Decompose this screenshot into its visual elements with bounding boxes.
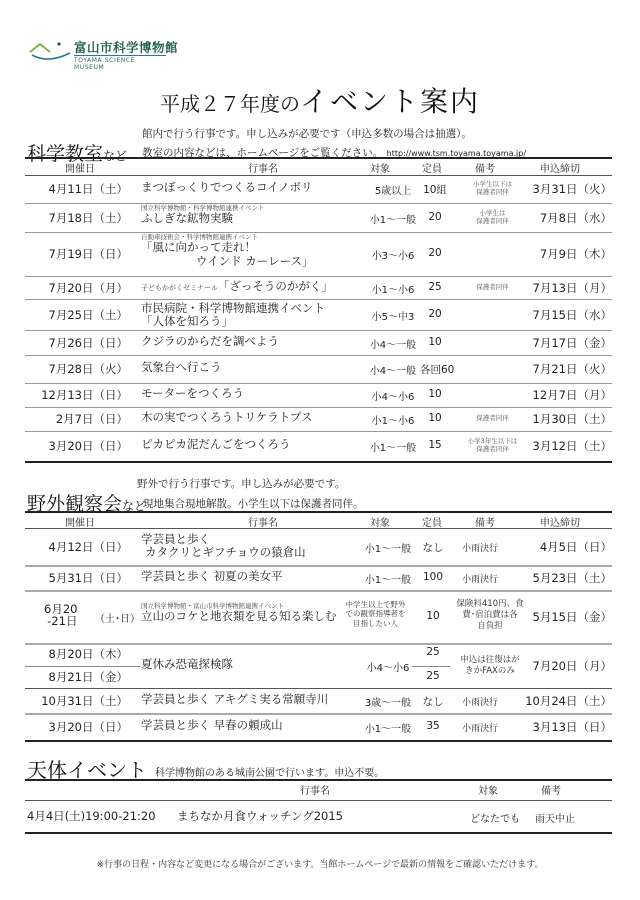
event-deadline: 3月31日（火） bbox=[533, 181, 612, 197]
outdoor-note-2: 現地集合現地解散。小学生以下は保護者同伴。 bbox=[143, 496, 364, 511]
event-deadline: 12月7日（月） bbox=[533, 387, 612, 403]
divider bbox=[25, 832, 612, 834]
event-target: 3歳～一般 bbox=[355, 694, 421, 709]
event-date: 8月20日（木） bbox=[49, 646, 128, 662]
event-capacity: 20 bbox=[420, 211, 450, 223]
divider bbox=[25, 276, 612, 277]
divider bbox=[25, 643, 612, 645]
science-note-1: 館内で行う行事です。申し込みが必要です（申込多数の場合は抽選）。 bbox=[142, 126, 472, 141]
event-target: 小1～一般 bbox=[355, 571, 421, 586]
event-capacity: 10 bbox=[418, 610, 448, 622]
event-deadline: 7月8日（水） bbox=[540, 210, 612, 226]
event-name-block: 学芸員と歩くカタクリとギフチョウの猿倉山 bbox=[141, 533, 306, 561]
event-capacity: なし bbox=[418, 694, 448, 709]
astro-header-remarks: 備考 bbox=[541, 782, 561, 797]
event-remarks: 保護者同伴 bbox=[455, 283, 530, 291]
event-target: 小3～小6 bbox=[363, 247, 423, 262]
event-target: 小4～一般 bbox=[363, 362, 423, 377]
event-name-block: 国立科学博物館・富山市科学博物館連携イベント立山のコケと地衣類を見る知る楽しむ bbox=[141, 603, 337, 624]
mountain-wave-logo-icon bbox=[28, 40, 72, 64]
divider bbox=[25, 461, 612, 463]
event-remarks: 小学生は 保護者同伴 bbox=[455, 209, 530, 225]
divider bbox=[25, 355, 612, 356]
header-capacity: 定員 bbox=[422, 514, 442, 529]
event-name-block: クジラのからだを調べよう bbox=[141, 335, 279, 349]
event-capacity: 15 bbox=[420, 439, 450, 451]
astro-row-target: どなたでも bbox=[470, 810, 520, 825]
divider bbox=[25, 779, 612, 781]
divider bbox=[25, 232, 612, 233]
title-prefix: 平成２７年度の bbox=[160, 92, 300, 116]
event-capacity: 各回60 bbox=[420, 362, 450, 377]
page-title: 平成２７年度のイベント案内 bbox=[0, 80, 640, 120]
event-name: まつぼっくりでつくるコイノボリ bbox=[141, 181, 312, 195]
event-remarks: 小学3年生以下は 保護者同伴 bbox=[455, 437, 530, 453]
divider bbox=[25, 666, 140, 667]
header-target: 対象 bbox=[370, 160, 390, 175]
header-remarks: 備考 bbox=[475, 514, 495, 529]
event-date: 10月31日（土） bbox=[41, 693, 128, 709]
event-name-line2: ウインド カーレース」 bbox=[141, 255, 314, 269]
event-deadline: 3月12日（土） bbox=[533, 438, 612, 454]
event-target: 小1～小6 bbox=[363, 281, 423, 296]
event-target: 5歳以上 bbox=[363, 182, 423, 197]
event-date: 7月28日（火） bbox=[49, 361, 128, 377]
event-target: 小1～一般 bbox=[355, 720, 421, 735]
divider bbox=[25, 565, 612, 567]
event-date: 7月20日（月） bbox=[49, 280, 128, 296]
divider bbox=[25, 740, 612, 742]
divider bbox=[25, 299, 612, 300]
event-name-block: まつぼっくりでつくるコイノボリ bbox=[141, 181, 312, 195]
divider bbox=[25, 407, 612, 408]
event-target: 小4～一般 bbox=[363, 336, 423, 351]
divider bbox=[25, 800, 612, 801]
event-name: 「風に向かって走れ！ bbox=[141, 241, 314, 255]
astro-row-remarks: 雨天中止 bbox=[535, 810, 575, 825]
divider bbox=[25, 688, 612, 689]
event-target: 小1～一般 bbox=[355, 540, 421, 555]
event-name: クジラのからだを調べよう bbox=[141, 335, 279, 349]
event-deadline: 7月13日（月） bbox=[533, 280, 612, 296]
divider bbox=[25, 175, 612, 176]
event-remarks: 保護者同伴 bbox=[455, 414, 530, 422]
divider bbox=[25, 590, 612, 592]
event-date: 4月12日（日） bbox=[49, 539, 128, 555]
event-remarks: 小雨決行 bbox=[462, 721, 498, 734]
event-date: 7月18日（土） bbox=[49, 210, 128, 226]
event-remarks: 小雨決行 bbox=[462, 541, 498, 554]
divider bbox=[25, 528, 612, 529]
event-name: 「ざっそうのかがく」 bbox=[218, 279, 333, 293]
event-name-block: 学芸員と歩く 早春の頼成山 bbox=[141, 719, 283, 733]
event-name-block: 国立科学博物館・科学博物館連携イベントふしぎな鉱物実験 bbox=[141, 205, 265, 226]
event-date-2: 8月21日（金） bbox=[49, 669, 128, 685]
header-date: 開催日 bbox=[65, 514, 95, 529]
event-target: 小5～中3 bbox=[363, 308, 423, 323]
header-name: 行事名 bbox=[248, 514, 278, 529]
event-deadline: 7月9日（木） bbox=[540, 246, 612, 262]
event-name: 学芸員と歩く アキグミ実る常願寺川 bbox=[141, 693, 328, 707]
museum-logo: 富山市科学博物館 TOYAMA SCIENCE MUSEUM bbox=[28, 38, 198, 68]
footnote: ※行事の日程・内容など変更になる場合がございます。当館ホームページで最新の情報を… bbox=[0, 857, 640, 870]
event-name: 木の実でつくろうトリケラトプス bbox=[141, 411, 312, 425]
event-name: ピカピカ泥だんごをつくろう bbox=[141, 438, 291, 452]
event-capacity: 25 bbox=[418, 646, 448, 658]
event-capacity-2: 25 bbox=[418, 670, 448, 682]
event-capacity: 10組 bbox=[420, 182, 450, 197]
event-name-block: 気象台へ行こう bbox=[141, 361, 222, 375]
astro-row-datetime: 4月4日(土)19:00-21:20 bbox=[27, 808, 156, 824]
logo-name-en: TOYAMA SCIENCE MUSEUM bbox=[74, 55, 166, 71]
event-name-block: 市民病院・科学博物館連携イベント「人体を知ろう」 bbox=[141, 302, 325, 330]
event-name-line2: カタクリとギフチョウの猿倉山 bbox=[141, 546, 306, 560]
event-capacity: 10 bbox=[420, 388, 450, 400]
event-remarks: 小雨決行 bbox=[462, 572, 498, 585]
event-name: モーターをつくろう bbox=[141, 387, 244, 401]
event-series: 子どもかがくゼミナール bbox=[141, 284, 218, 292]
event-name-line2: 「人体を知ろう」 bbox=[141, 315, 325, 329]
event-name-block: 自動車技術会・科学博物館連携イベント「風に向かって走れ！ウインド カーレース」 bbox=[141, 234, 314, 269]
event-target: 小1～小6 bbox=[363, 412, 423, 427]
header-target: 対象 bbox=[370, 514, 390, 529]
event-date: 3月20日（日） bbox=[49, 438, 128, 454]
event-name-block: 学芸員と歩く アキグミ実る常願寺川 bbox=[141, 693, 328, 707]
event-name-block: 学芸員と歩く 初夏の美女平 bbox=[141, 570, 283, 584]
event-capacity: 10 bbox=[420, 412, 450, 424]
event-date: 7月25日（土） bbox=[49, 307, 128, 323]
event-remarks: 保険料410円、食 費･宿泊費は各 自負担 bbox=[450, 599, 530, 632]
astro-header-name: 行事名 bbox=[300, 782, 330, 797]
header-date: 開催日 bbox=[65, 160, 95, 175]
event-capacity: 20 bbox=[420, 247, 450, 259]
event-capacity: 25 bbox=[420, 281, 450, 293]
event-deadline: 7月21日（火） bbox=[533, 361, 612, 377]
event-name: ふしぎな鉱物実験 bbox=[141, 212, 265, 226]
event-deadline: 5月23日（土） bbox=[533, 570, 612, 586]
event-target: 小1～一般 bbox=[363, 211, 423, 226]
logo-name-jp: 富山市科学博物館 bbox=[74, 38, 178, 56]
header-remarks: 備考 bbox=[475, 160, 495, 175]
event-capacity: 35 bbox=[418, 720, 448, 732]
header-deadline: 申込締切 bbox=[540, 160, 580, 175]
event-name: 気象台へ行こう bbox=[141, 361, 222, 375]
header-capacity: 定員 bbox=[422, 160, 442, 175]
divider bbox=[25, 157, 612, 159]
event-target: 小1～一般 bbox=[363, 439, 423, 454]
event-deadline: 4月5日（日） bbox=[540, 539, 612, 555]
event-deadline: 7月20日（月） bbox=[533, 658, 612, 674]
event-deadline: 7月17日（金） bbox=[533, 335, 612, 351]
header-name: 行事名 bbox=[248, 160, 278, 175]
event-name: 立山のコケと地衣類を見る知る楽しむ bbox=[141, 610, 337, 624]
event-target: 小4～小6 bbox=[355, 659, 421, 674]
event-capacity: 20 bbox=[420, 308, 450, 320]
event-name: 夏休み恐竜探検隊 bbox=[141, 658, 233, 672]
divider bbox=[25, 511, 612, 513]
event-name-block: 木の実でつくろうトリケラトプス bbox=[141, 411, 312, 425]
divider bbox=[25, 713, 612, 715]
event-date: 5月31日（日） bbox=[49, 570, 128, 586]
event-date: 12月13日（日） bbox=[41, 387, 128, 403]
event-deadline: 3月13日（日） bbox=[533, 719, 612, 735]
event-remarks: 申込は往復はが きかFAXのみ bbox=[450, 655, 530, 677]
event-name-block: 夏休み恐竜探検隊 bbox=[141, 658, 233, 672]
event-name: 学芸員と歩く bbox=[141, 533, 306, 547]
event-name-block: 子どもかがくゼミナール「ざっそうのかがく」 bbox=[141, 280, 333, 294]
event-capacity: 10 bbox=[420, 336, 450, 348]
header-deadline: 申込締切 bbox=[540, 514, 580, 529]
event-target: 小4～小6 bbox=[363, 388, 423, 403]
event-date: 2月7日（日） bbox=[56, 411, 128, 427]
event-name: 学芸員と歩く 初夏の美女平 bbox=[141, 570, 283, 584]
event-deadline: 1月30日（土） bbox=[533, 411, 612, 427]
event-capacity: 100 bbox=[418, 571, 448, 583]
outdoor-note-1: 野外で行う行事です。申し込みが必要です。 bbox=[137, 476, 345, 491]
science-title-suffix: など bbox=[103, 149, 127, 163]
divider bbox=[25, 383, 612, 384]
event-date: 7月26日（日） bbox=[49, 335, 128, 351]
event-name-block: モーターをつくろう bbox=[141, 387, 244, 401]
event-deadline: 10月24日（土） bbox=[525, 693, 612, 709]
event-remarks: 小学生以下は 保護者同伴 bbox=[455, 180, 530, 196]
title-main: イベント案内 bbox=[300, 85, 480, 118]
event-date: 3月20日（日） bbox=[49, 719, 128, 735]
event-capacity: なし bbox=[418, 540, 448, 555]
event-date: 4月11日（土） bbox=[49, 181, 128, 197]
event-name: 市民病院・科学博物館連携イベント bbox=[141, 302, 325, 316]
astro-note: 科学博物館のある城南公園で行います。申込不要。 bbox=[155, 764, 384, 779]
divider bbox=[25, 431, 612, 432]
divider bbox=[25, 330, 612, 331]
event-date-days: （土･日） bbox=[95, 610, 140, 625]
event-remarks: 小雨決行 bbox=[462, 695, 498, 708]
astro-row-name: まちなか月食ウォッチング2015 bbox=[177, 808, 343, 824]
event-deadline: 7月15日（水） bbox=[533, 307, 612, 323]
event-date: 6月20 -21日 bbox=[44, 603, 77, 627]
event-name-block: ピカピカ泥だんごをつくろう bbox=[141, 438, 291, 452]
event-deadline: 5月15日（金） bbox=[533, 609, 612, 625]
event-target: 中学生以上で野外 での観察指導者を 目指したい人 bbox=[338, 600, 413, 629]
astro-header-target: 対象 bbox=[478, 782, 498, 797]
event-date: 7月19日（日） bbox=[49, 246, 128, 262]
event-name: 学芸員と歩く 早春の頼成山 bbox=[141, 719, 283, 733]
divider bbox=[25, 203, 612, 204]
